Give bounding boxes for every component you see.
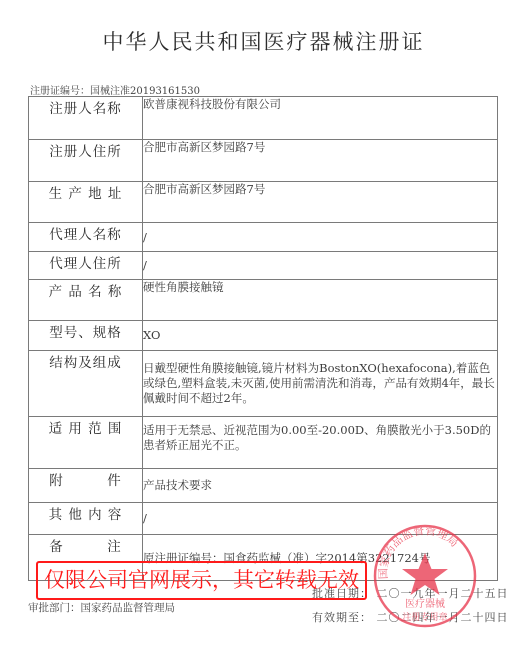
table-row: 代理人名称 / [29,223,498,252]
row-value: / [143,252,498,280]
row-value: 合肥市高新区梦园路7号 [143,140,498,182]
department-label: 审批部门： [28,602,81,614]
table-row: 适 用 范 围 适用于无禁忌、近视范围为0.00至-20.00D、角膜散光小于3… [29,417,498,469]
table-row: 注册人名称 欧普康视科技股份有限公司 [29,97,498,140]
row-value: / [143,223,498,252]
row-value: 合肥市高新区梦园路7号 [143,182,498,223]
approval-department: 审批部门：国家药品监督管理局 [28,600,175,615]
table-row: 注册人住所 合肥市高新区梦园路7号 [29,140,498,182]
certificate-table: 注册人名称 欧普康视科技股份有限公司 注册人住所 合肥市高新区梦园路7号 生 产… [28,96,498,581]
table-row: 附 件 产品技术要求 [29,469,498,503]
valid-until: 有效期至： 二〇二四年一月二十四日 [312,609,509,625]
table-row: 结构及组成 日戴型硬性角膜接触镜,镜片材料为BostonXO(hexafocon… [29,351,498,417]
row-label: 注册人名称 [29,97,143,140]
table-row: 产 品 名 称 硬性角膜接触镜 [29,280,498,321]
row-label: 适 用 范 围 [29,417,143,469]
table-row: 其 他 内 容 / [29,503,498,535]
row-value: 产品技术要求 [143,469,498,503]
row-label: 生 产 地 址 [29,182,143,223]
row-label: 注册人住所 [29,140,143,182]
valid-until-value: 二〇二四年一月二十四日 [377,611,509,624]
row-label: 附 件 [29,469,143,503]
department-value: 国家药品监督管理局 [81,602,176,614]
row-label: 结构及组成 [29,351,143,417]
table-row: 生 产 地 址 合肥市高新区梦园路7号 [29,182,498,223]
watermark-notice: 仅限公司官网展示，其它转载无效 [36,561,367,600]
table-row: 型号、规格 XO [29,321,498,351]
row-value: 日戴型硬性角膜接触镜,镜片材料为BostonXO(hexafocona),着蓝色… [143,351,498,417]
valid-until-label: 有效期至： [312,611,372,624]
row-value: XO [143,321,498,351]
table-row: 代理人住所 / [29,252,498,280]
row-label: 代理人住所 [29,252,143,280]
document-title: 中华人民共和国医疗器械注册证 [0,26,527,56]
approval-date-value: 二〇一九年一月二十五日 [377,587,509,600]
row-value: 硬性角膜接触镜 [143,280,498,321]
row-value: / [143,503,498,535]
row-label: 产 品 名 称 [29,280,143,321]
row-value: 适用于无禁忌、近视范围为0.00至-20.00D、角膜散光小于3.50D的患者矫… [143,417,498,469]
row-label: 代理人名称 [29,223,143,252]
row-label: 其 他 内 容 [29,503,143,535]
row-value: 欧普康视科技股份有限公司 [143,97,498,140]
row-label: 型号、规格 [29,321,143,351]
registration-number: 注册证编号：国械注准20193161530 [30,82,200,97]
